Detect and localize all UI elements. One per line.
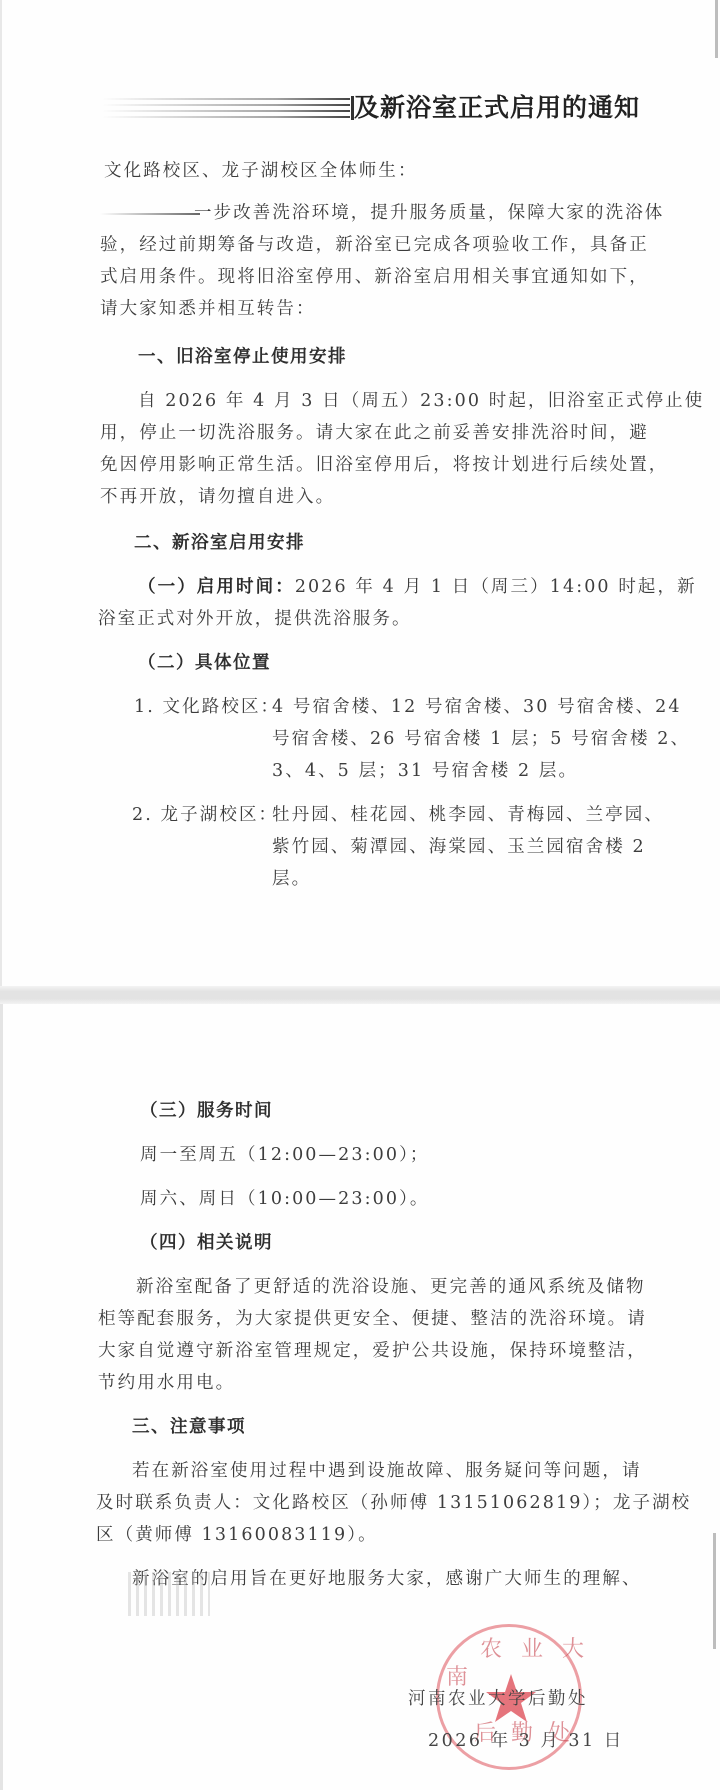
- intro-line-1: 一步改善洗浴环境，提升服务质量，保障大家的洗浴体: [194, 202, 664, 224]
- intro-line-4: 请大家知悉并相互转告：: [100, 298, 316, 320]
- location-1-label: 1. 文化路校区：: [134, 696, 280, 718]
- page-edge-bar: [713, 1533, 716, 1649]
- sub-4-line-2: 柜等配套服务，为大家提供更安全、便捷、整洁的洗浴环境。请: [98, 1308, 647, 1330]
- section-1-line-1: 自 2026 年 4 月 3 日（周五）23:00 时起，旧浴室正式停止使: [138, 390, 704, 412]
- location-1-line-1: 4 号宿舍楼、12 号宿舍楼、30 号宿舍楼、24: [272, 696, 682, 718]
- section-1-line-2: 用，停止一切洗浴服务。请大家在此之前妥善安排洗浴时间，避: [100, 422, 649, 444]
- location-1-line-3: 3、4、5 层；31 号宿舍楼 2 层。: [272, 760, 578, 782]
- section-1-line-3: 免因停用影响正常生活。旧浴室停用后，将按计划进行后续处置，: [100, 454, 668, 476]
- salutation: 文化路校区、龙子湖校区全体师生：: [104, 160, 418, 182]
- section-3-line-3: 区（黄师傅 13160083119）。: [96, 1524, 378, 1546]
- intro-line-3: 式启用条件。现将旧浴室停用、新浴室启用相关事宜通知如下，: [100, 266, 649, 288]
- location-2-line-1: 牡丹园、桂花园、桃李园、青梅园、兰亭园、: [272, 804, 664, 826]
- intro-line-2: 验，经过前期筹备与改造，新浴室已完成各项验收工作，具备正: [100, 234, 649, 256]
- document-page-2: [0, 1004, 720, 1790]
- section-1-heading: 一、旧浴室停止使用安排: [138, 346, 347, 368]
- location-2-line-3: 层。: [272, 868, 311, 890]
- sub-2-heading: （二）具体位置: [138, 652, 271, 674]
- sub-4-line-1: 新浴室配备了更舒适的洗浴设施、更完善的通风系统及储物: [136, 1276, 646, 1298]
- stamp-top-text: 农 业 大: [480, 1632, 590, 1663]
- section-2-heading: 二、新浴室启用安排: [134, 532, 305, 554]
- signature-date: 2026 年 3 月 31 日: [428, 1730, 624, 1752]
- location-2-label: 2. 龙子湖校区：: [132, 804, 278, 826]
- service-hours-weekday: 周一至周五（12:00—23:00）；: [140, 1144, 430, 1166]
- service-hours-weekend: 周六、周日（10:00—23:00）。: [140, 1188, 430, 1210]
- leading-dash: [100, 213, 200, 215]
- section-1-line-4: 不再开放，请勿擅自进入。: [100, 486, 335, 508]
- sub-1-label: （一）启用时间：: [138, 577, 295, 597]
- page-separator: [0, 986, 720, 1004]
- sub-4-line-3: 大家自觉遵守新浴室管理规定，爱护公共设施，保持环境整洁，: [98, 1340, 647, 1362]
- title-decoration-lines: [102, 96, 350, 120]
- location-2-line-2: 紫竹园、菊潭园、海棠园、玉兰园宿舍楼 2: [272, 836, 646, 858]
- section-3-heading: 三、注意事项: [132, 1416, 246, 1438]
- sub-1-line-1: （一）启用时间：2026 年 4 月 1 日（周三）14:00 时起，新: [138, 576, 697, 598]
- page-edge-bar: [715, 0, 718, 58]
- stamp-left-text: 南: [446, 1660, 468, 1691]
- sub-4-line-4: 节约用水用电。: [98, 1372, 235, 1394]
- document-page-1: 及新浴室正式启用的通知 文化路校区、龙子湖校区全体师生： 一步改善洗浴环境，提升…: [0, 0, 720, 986]
- section-3-line-1: 若在新浴室使用过程中遇到设施故障、服务疑问等问题，请: [132, 1460, 642, 1482]
- sub-1-text: 2026 年 4 月 1 日（周三）14:00 时起，新: [295, 577, 697, 597]
- signature-org: 河南农业大学后勤处: [408, 1688, 588, 1710]
- sub-1-line-2: 浴室正式对外开放，提供洗浴服务。: [98, 608, 412, 630]
- section-3-line-2: 及时联系负责人：文化路校区（孙师傅 13151062819）；龙子湖校: [96, 1492, 691, 1514]
- sub-4-heading: （四）相关说明: [140, 1232, 273, 1254]
- scan-smear: [128, 1572, 210, 1616]
- location-1-line-2: 号宿舍楼、26 号宿舍楼 1 层；5 号宿舍楼 2、: [272, 728, 690, 750]
- sub-3-heading: （三）服务时间: [140, 1100, 273, 1122]
- document-title: 及新浴室正式启用的通知: [354, 88, 640, 124]
